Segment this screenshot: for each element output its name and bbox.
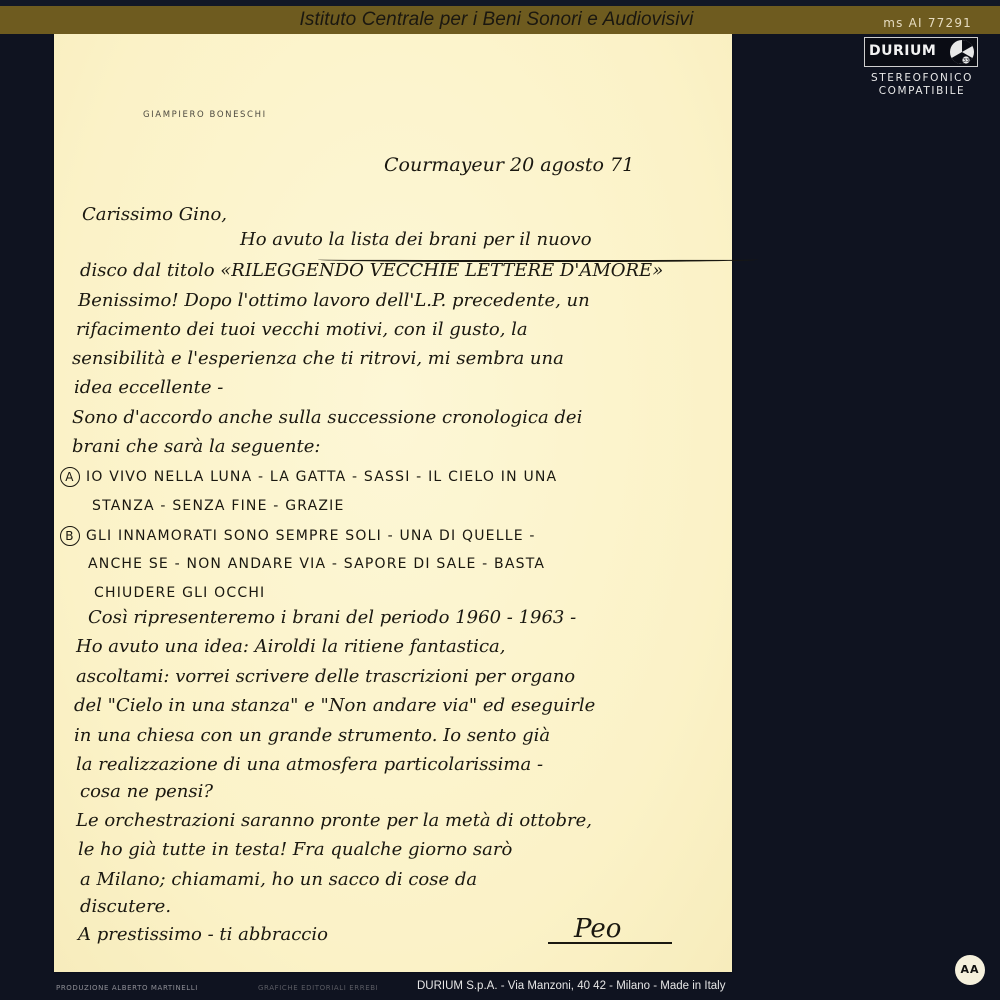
letter-line: Le orchestrazioni saranno pronte per la … — [76, 810, 592, 831]
closing: A prestissimo - ti abbraccio — [78, 924, 328, 945]
letter-sheet: GIAMPIERO BONESCHI Courmayeur 20 agosto … — [54, 24, 732, 972]
side-a-line: STANZA - SENZA FINE - GRAZIE — [92, 498, 345, 514]
letter-line: sensibilità e l'esperienza che ti ritrov… — [72, 348, 564, 369]
side-b-line: CHIUDERE GLI OCCHI — [94, 585, 265, 601]
letter-line: del "Cielo in una stanza" e "Non andare … — [74, 695, 595, 716]
salutation: Carissimo Gino, — [82, 204, 227, 225]
letter-line: discutere. — [80, 896, 171, 917]
letter-line: Ho avuto la lista dei brani per il nuovo — [240, 229, 592, 250]
letter-line: Ho avuto una idea: Airoldi la ritiene fa… — [76, 636, 505, 657]
archive-banner: Istituto Centrale per i Beni Sonori e Au… — [0, 6, 1000, 34]
production-credit: PRODUZIONE ALBERTO MARTINELLI — [56, 984, 198, 992]
letter-line: ascoltami: vorrei scrivere delle trascri… — [76, 666, 575, 687]
letterhead: GIAMPIERO BONESCHI — [143, 110, 267, 120]
side-b-line: ANCHE SE - NON ANDARE VIA - SAPORE DI SA… — [88, 556, 545, 572]
graphics-credit: GRAFICHE EDITORIALI ERREBI — [258, 984, 378, 992]
archive-title: Istituto Centrale per i Beni Sonori e Au… — [0, 9, 993, 31]
letter-line: idea eccellente - — [74, 377, 223, 398]
letter-line: rifacimento dei tuoi vecchi motivi, con … — [76, 319, 528, 340]
letter-line: brani che sarà la seguente: — [72, 436, 320, 457]
brand-name: DURIUM — [869, 43, 936, 59]
title-underline — [318, 256, 758, 262]
letter-line: Così ripresenteremo i brani del periodo … — [88, 607, 576, 628]
date-line: Courmayeur 20 agosto 71 — [384, 154, 634, 176]
publisher-address: DURIUM S.p.A. - Via Manzoni, 40 42 - Mil… — [417, 980, 726, 992]
letter-line: disco dal titolo «RILEGGENDO VECCHIE LET… — [80, 260, 663, 281]
letter-line: la realizzazione di una atmosfera partic… — [76, 754, 543, 775]
side-b-line: BGLI INNAMORATI SONO SEMPRE SOLI - UNA D… — [60, 526, 536, 546]
svg-text:33: 33 — [963, 58, 969, 64]
durium-logo: DURIUM 33 — [864, 37, 978, 67]
side-a-line: AIO VIVO NELLA LUNA - LA GATTA - SASSI -… — [60, 467, 557, 487]
aa-badge-icon: AA — [955, 955, 985, 985]
catalog-number: ms AI 77291 — [883, 16, 972, 30]
letter-line: in una chiesa con un grande strumento. I… — [74, 725, 550, 746]
letter-line: Sono d'accordo anche sulla successione c… — [72, 407, 582, 428]
signature-underline — [548, 942, 672, 944]
stereo-label: STEREOFONICO — [862, 72, 982, 84]
signature: Peo — [574, 914, 621, 944]
letter-line: le ho già tutte in testa! Fra qualche gi… — [78, 839, 512, 860]
compatible-label: COMPATIBILE — [862, 85, 982, 97]
letter-line: cosa ne pensi? — [80, 781, 213, 802]
side-b-marker: B — [60, 526, 80, 546]
side-a-marker: A — [60, 467, 80, 487]
letter-line: Benissimo! Dopo l'ottimo lavoro dell'L.P… — [78, 290, 590, 311]
letter-line: a Milano; chiamami, ho un sacco di cose … — [80, 869, 477, 890]
record-speed-icon: 33 — [949, 39, 975, 65]
